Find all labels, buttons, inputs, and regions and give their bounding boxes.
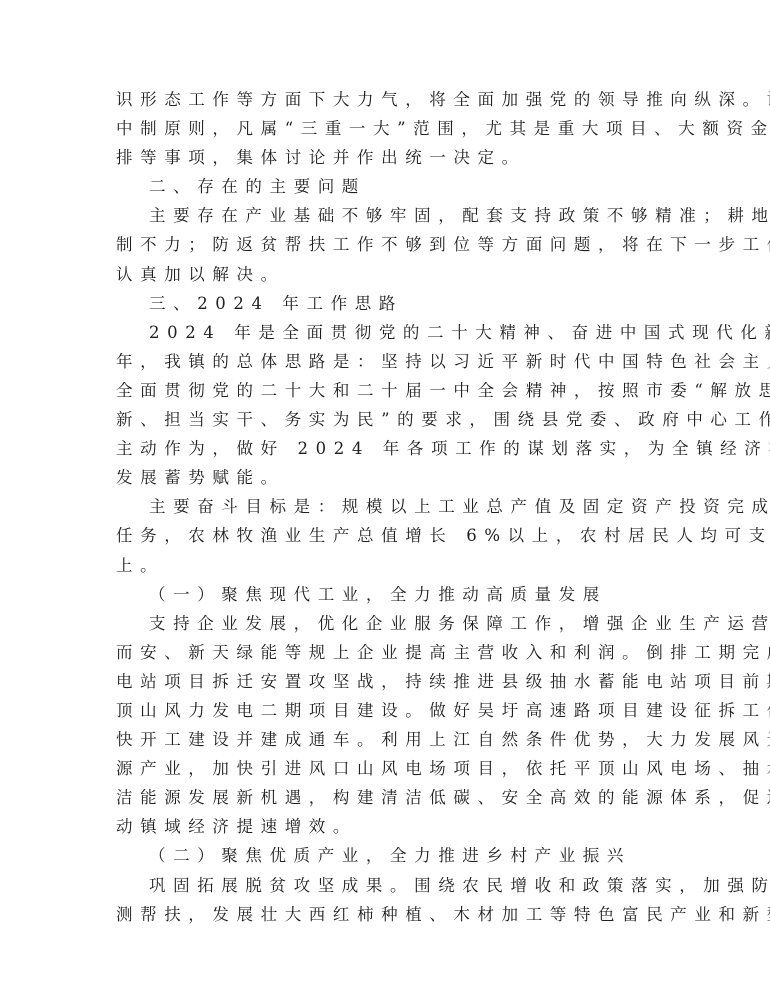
paragraph-problems: 主要存在产业基础不够牢固，配套支持政策不够精准；耕地恢复和用途管 制不力；防返贫… (116, 201, 656, 288)
text-line: 源产业，加快引进风口山风电场项目，依托平顶山风电场、抽水蓄能项目等清 (116, 754, 656, 783)
paragraph-overall-approach: 2024 年是全面贯彻党的二十大精神、奋进中国式现代化新征程的深化之 年，我镇的… (116, 318, 656, 493)
text-line: 动镇域经济提速增效。 (116, 812, 656, 841)
text-line: 而安、新天绿能等规上企业提高主营收入和利润。倒排工期完成市级抽水蓄能 (116, 638, 656, 667)
text-line: 年，我镇的总体思路是：坚持以习近平新时代中国特色社会主义思想为指导， (116, 347, 656, 376)
paragraph-main-goals: 主要奋斗目标是：规模以上工业总产值及固定资产投资完成上级下达既定 任务，农林牧渔… (116, 492, 656, 579)
text-line: 任务，农林牧渔业生产总值增长 6%以上，农村居民人均可支配收入增长 10%以 (116, 521, 656, 550)
text-line: 电站项目拆迁安置攻坚战，持续推进县级抽水蓄能电站项目前期工作，加快平 (116, 667, 656, 696)
text-line: 全面贯彻党的二十大和二十届一中全会精神，按照市委“解放思想、开放创 (116, 376, 656, 405)
text-line: 上。 (116, 551, 656, 580)
subheading-modern-industry: （一）聚焦现代工业，全力推动高质量发展 (116, 580, 656, 609)
text-line: 顶山风力发电二期项目建设。做好吴圩高速路项目建设征拆工作，力争项目尽 (116, 696, 656, 725)
text-line: 发展蓄势赋能。 (116, 463, 656, 492)
text-line: 识形态工作等方面下大力气，将全面加强党的领导推向纵深。认真贯彻民主集 (116, 85, 656, 114)
text-line: 中制原则，凡属“三重一大”范围，尤其是重大项目、大额资金使用、人事安 (116, 114, 656, 143)
text-line: 2024 年是全面贯彻党的二十大精神、奋进中国式现代化新征程的深化之 (116, 318, 656, 347)
subheading-text: （一）聚焦现代工业，全力推动高质量发展 (116, 580, 656, 609)
section-heading-2024-plan: 三、2024 年工作思路 (116, 289, 656, 318)
text-line: 排等事项，集体讨论并作出统一决定。 (116, 143, 656, 172)
text-line: 主要存在产业基础不够牢固，配套支持政策不够精准；耕地恢复和用途管 (116, 201, 656, 230)
heading-text: 三、2024 年工作思路 (116, 289, 656, 318)
text-line: 新、担当实干、务实为民”的要求，围绕县党委、政府中心工作，锚定目标， (116, 405, 656, 434)
text-line: 洁能源发展新机遇，构建清洁低碳、安全高效的能源体系，促进绿色发展，带 (116, 783, 656, 812)
text-line: 快开工建设并建成通车。利用上江自然条件优势，大力发展风光电储等清洁能 (116, 725, 656, 754)
heading-text: 二、存在的主要问题 (116, 172, 656, 201)
section-heading-problems: 二、存在的主要问题 (116, 172, 656, 201)
text-line: 主动作为，做好 2024 年各项工作的谋划落实，为全镇经济社会各项事业高质量 (116, 434, 656, 463)
text-line: 巩固拓展脱贫攻坚成果。围绕农民增收和政策落实，加强防止返贫动态监 (116, 871, 656, 900)
text-line: 测帮扶，发展壮大西红柿种植、木材加工等特色富民产业和新型农村集体经 (116, 900, 656, 929)
text-line: 制不力；防返贫帮扶工作不够到位等方面问题，将在下一步工作中采取措施， (116, 230, 656, 259)
document-page: 识形态工作等方面下大力气，将全面加强党的领导推向纵深。认真贯彻民主集 中制原则，… (0, 0, 770, 1000)
text-line: 支持企业发展，优化企业服务保障工作，增强企业生产运营效能，促进利 (116, 609, 656, 638)
document-body: 识形态工作等方面下大力气，将全面加强党的领导推向纵深。认真贯彻民主集 中制原则，… (116, 85, 656, 929)
subheading-quality-industry: （二）聚焦优质产业，全力推进乡村产业振兴 (116, 841, 656, 870)
text-line: 主要奋斗目标是：规模以上工业总产值及固定资产投资完成上级下达既定 (116, 492, 656, 521)
paragraph-rural-revitalization: 巩固拓展脱贫攻坚成果。围绕农民增收和政策落实，加强防止返贫动态监 测帮扶，发展壮… (116, 871, 656, 929)
text-line: 认真加以解决。 (116, 260, 656, 289)
paragraph-continuation: 识形态工作等方面下大力气，将全面加强党的领导推向纵深。认真贯彻民主集 中制原则，… (116, 85, 656, 172)
subheading-text: （二）聚焦优质产业，全力推进乡村产业振兴 (116, 841, 656, 870)
paragraph-industry: 支持企业发展，优化企业服务保障工作，增强企业生产运营效能，促进利 而安、新天绿能… (116, 609, 656, 842)
